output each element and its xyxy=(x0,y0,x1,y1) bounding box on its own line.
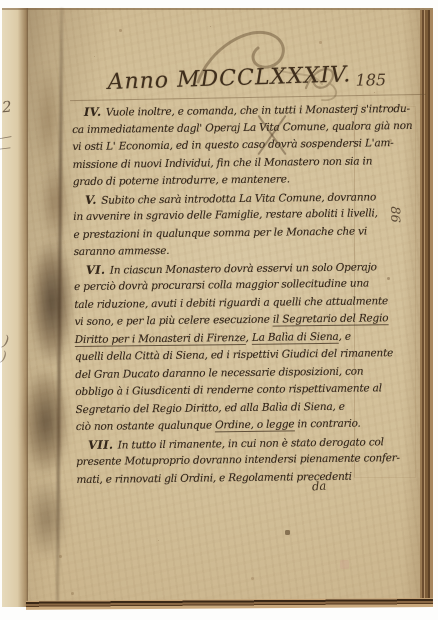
burn-stain xyxy=(22,366,70,478)
catchword: da xyxy=(312,479,327,494)
margin-mark: 86 xyxy=(387,206,402,223)
underlined-phrase: il Segretario del Regio xyxy=(273,312,389,326)
scanned-book-page: Anno MDCCLXXXIV. 185 IV. Vuole inoltre, … xyxy=(0,0,438,620)
paragraph-numeral: VI. xyxy=(86,262,110,276)
fore-edge-pages xyxy=(420,10,433,602)
underlined-phrase: Diritto per i Monasteri di Firenze xyxy=(75,331,246,346)
burn-stain xyxy=(34,63,62,178)
paragraph: VII. In tutto il rimanente, in cui non è… xyxy=(76,432,411,489)
paragraph-numeral: V. xyxy=(85,192,101,206)
paragraph: IV. Vuole inoltre, e comanda, che in tut… xyxy=(72,100,407,192)
underlined-phrase: La Balìa di Siena xyxy=(252,330,339,344)
paragraph-numeral: IV. xyxy=(84,105,106,119)
text-block: Anno MDCCLXXXIV. 185 IV. Vuole inoltre, … xyxy=(71,64,410,489)
bottom-page-edges xyxy=(26,598,433,610)
text-body: IV. Vuole inoltre, e comanda, che in tut… xyxy=(72,100,411,489)
paper-speckles xyxy=(2,8,3,9)
paragraph: VI. In ciascun Monastero dovrà esservi u… xyxy=(74,257,410,436)
underlined-phrase: Ordine, o legge xyxy=(215,418,294,432)
page-header: Anno MDCCLXXXIV. 185 xyxy=(71,64,405,104)
burn-stain xyxy=(30,236,74,368)
page-title: Anno MDCCLXXXIV. xyxy=(107,62,351,95)
paragraph: V. Subito che sarà introdotta La Vita Co… xyxy=(73,187,408,261)
paragraph-numeral: VII. xyxy=(88,437,118,451)
margin-mark: — xyxy=(0,140,12,156)
burn-stain xyxy=(26,476,68,561)
manuscript-page: Anno MDCCLXXXIV. 185 IV. Vuole inoltre, … xyxy=(2,8,433,607)
page-number: 185 xyxy=(355,70,386,89)
page-top-edge xyxy=(2,8,433,10)
margin-mark: 2 xyxy=(1,98,12,117)
